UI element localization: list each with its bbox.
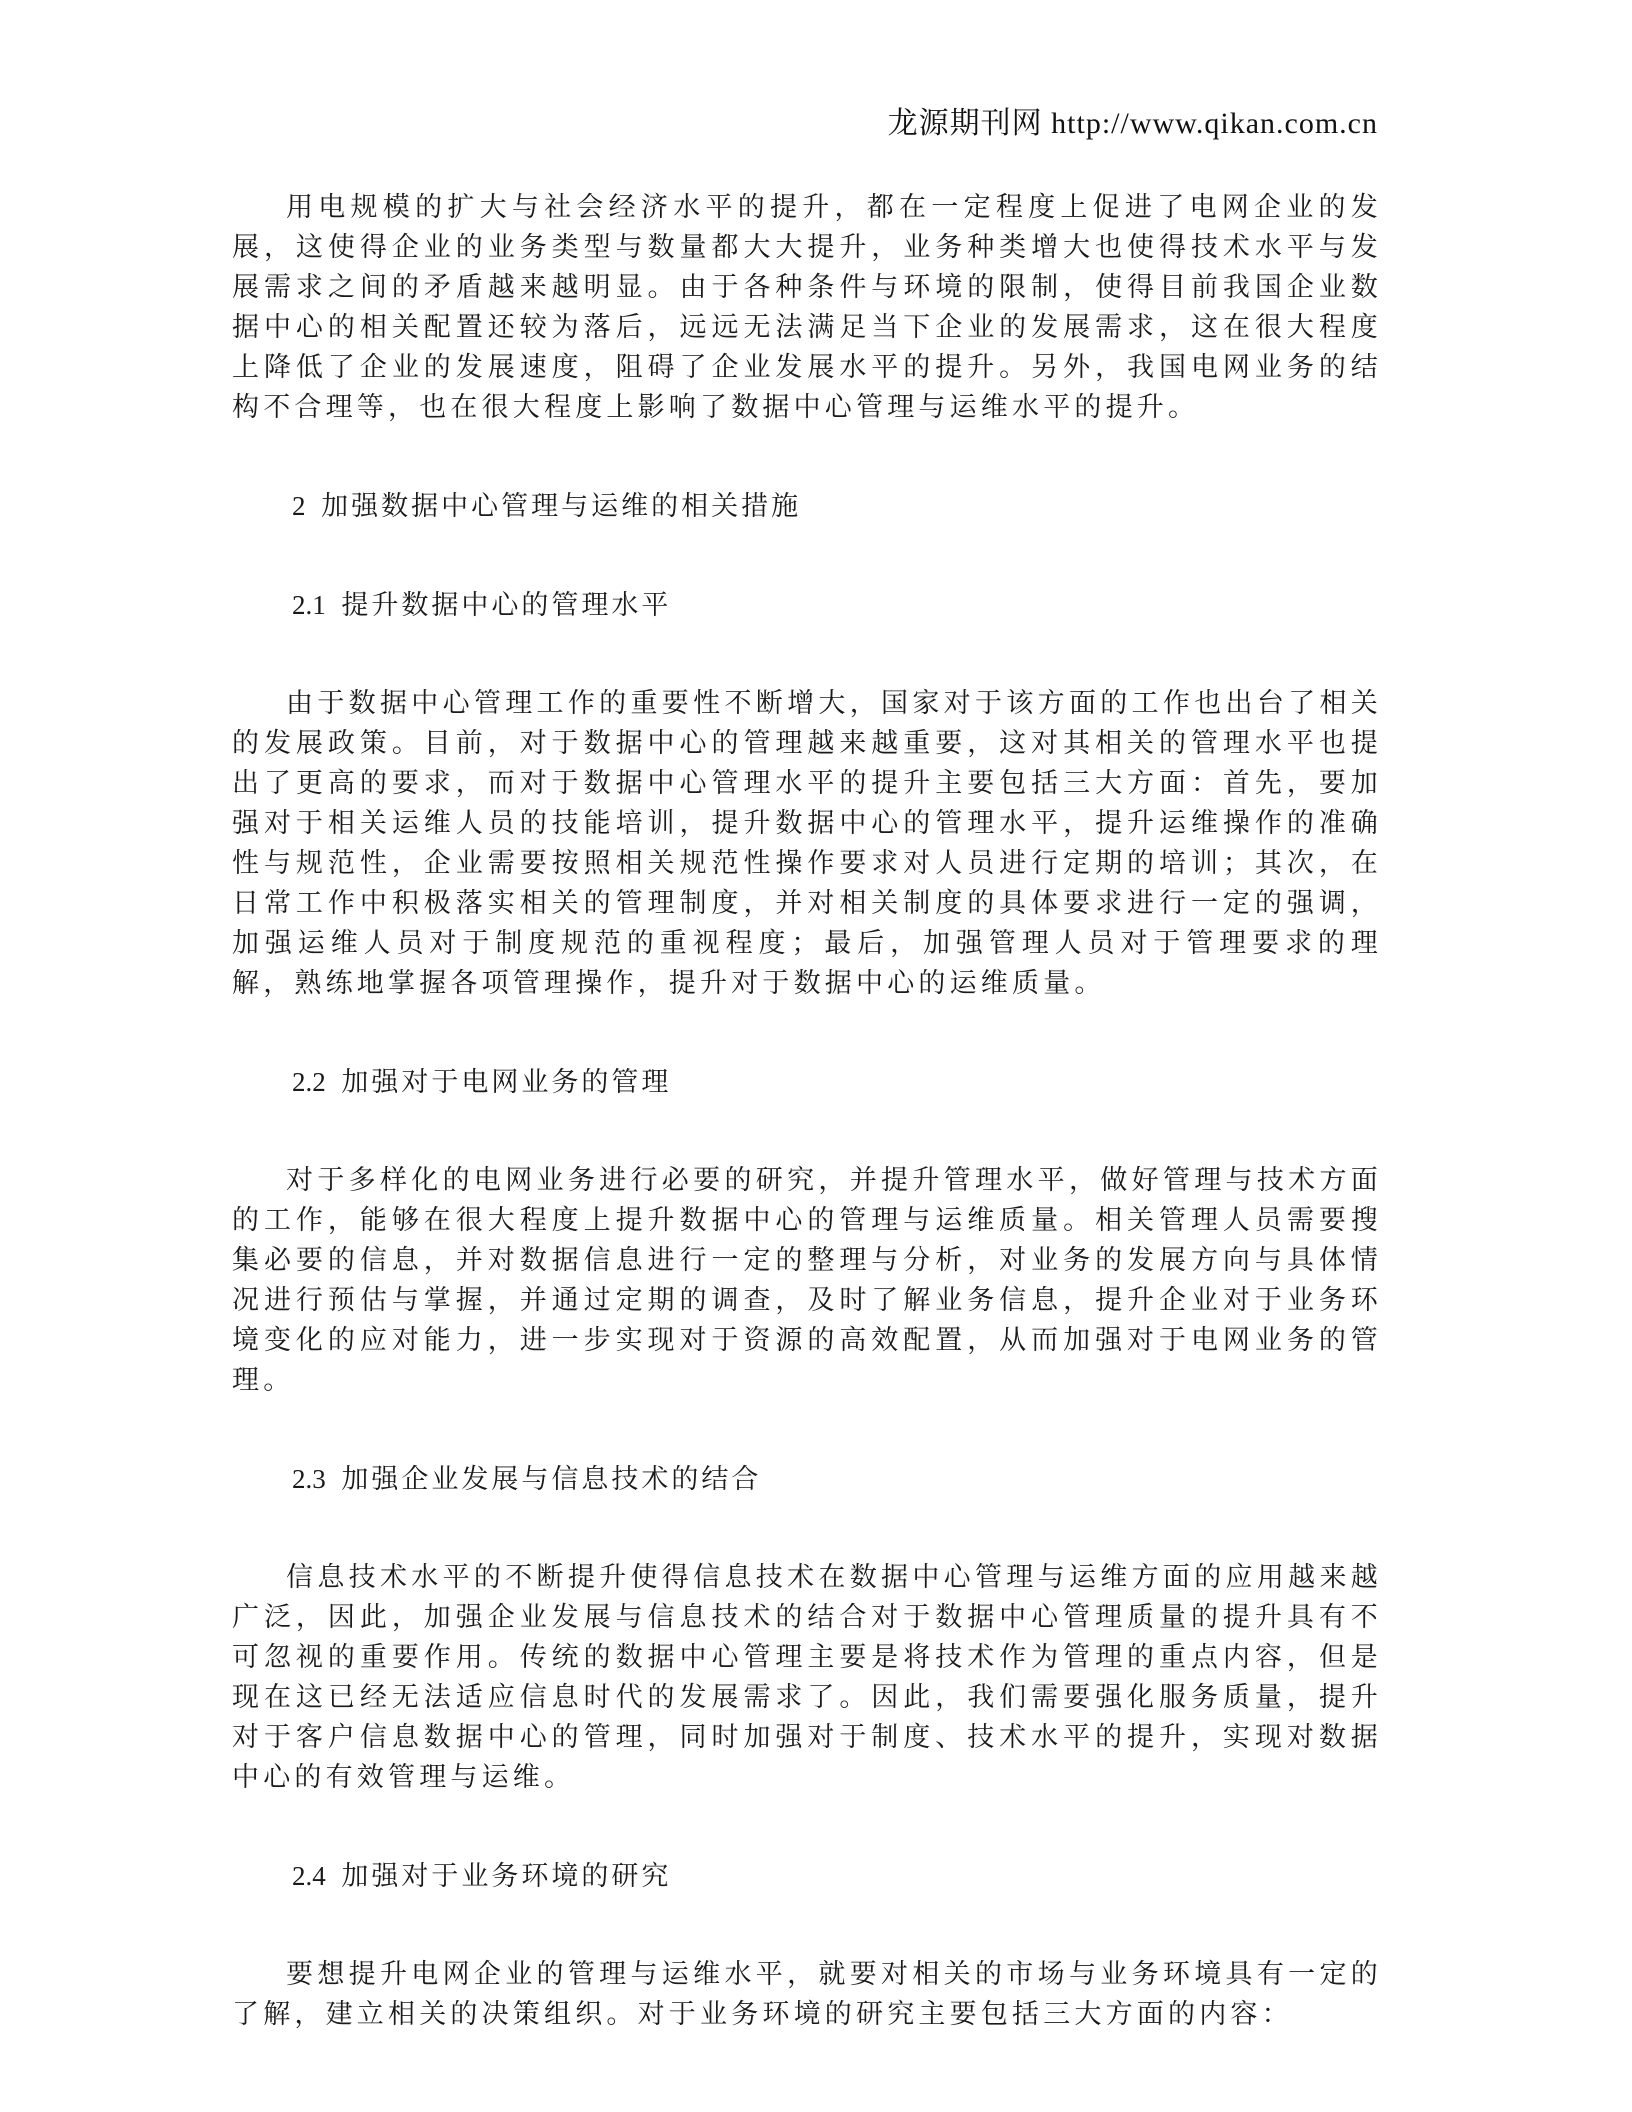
subsection-2-4-heading: 2.4 加强对于业务环境的研究 [232,1856,1382,1897]
subsection-number: 2.2 [292,1067,326,1097]
subsection-number: 2.4 [292,1861,326,1891]
section-number: 2 [292,491,306,521]
subsection-2-1-heading: 2.1 提升数据中心的管理水平 [232,585,1382,626]
subsection-number: 2.1 [292,590,326,620]
subsection-2-4-paragraph: 要想提升电网企业的管理与运维水平，就要对相关的市场与业务环境具有一定的了解，建立… [232,1955,1382,2035]
article-body: 用电规模的扩大与社会经济水平的提升，都在一定程度上促进了电网企业的发展，这使得企… [232,188,1382,2035]
subsection-2-3-heading: 2.3 加强企业发展与信息技术的结合 [232,1459,1382,1500]
subsection-2-1-paragraph: 由于数据中心管理工作的重要性不断增大，国家对于该方面的工作也出台了相关的发展政策… [232,684,1382,1004]
subsection-2-3-paragraph: 信息技术水平的不断提升使得信息技术在数据中心管理与运维方面的应用越来越广泛，因此… [232,1558,1382,1798]
subsection-number: 2.3 [292,1464,326,1494]
subsection-title: 加强对于业务环境的研究 [341,1861,671,1892]
subsection-title: 加强对于电网业务的管理 [341,1067,671,1098]
subsection-2-2-paragraph: 对于多样化的电网业务进行必要的研究，并提升管理水平，做好管理与技术方面的工作，能… [232,1161,1382,1401]
subsection-2-2-heading: 2.2 加强对于电网业务的管理 [232,1062,1382,1103]
subsection-title: 加强企业发展与信息技术的结合 [341,1464,761,1495]
section-title: 加强数据中心管理与运维的相关措施 [321,491,801,522]
intro-paragraph: 用电规模的扩大与社会经济水平的提升，都在一定程度上促进了电网企业的发展，这使得企… [232,188,1382,428]
section-2-heading: 2 加强数据中心管理与运维的相关措施 [232,486,1382,527]
subsection-title: 提升数据中心的管理水平 [341,590,671,621]
page-header-site: 龙源期刊网 http://www.qikan.com.cn [888,98,1378,142]
